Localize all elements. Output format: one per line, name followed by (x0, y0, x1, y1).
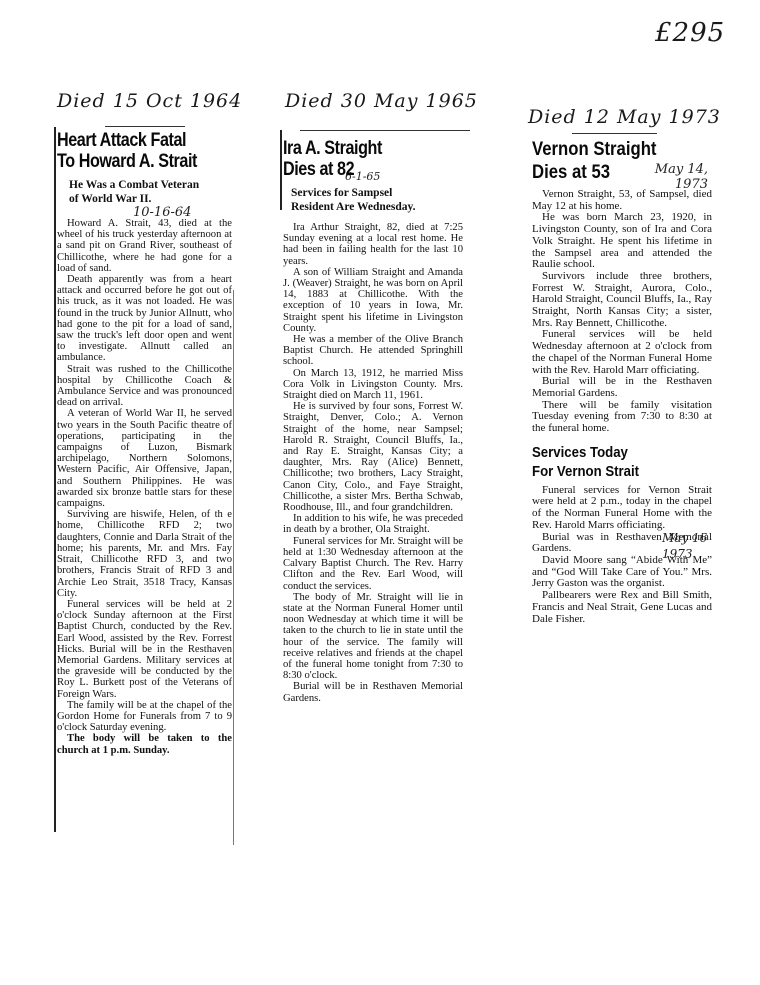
headline-line: To Howard A. Strait (57, 151, 253, 172)
paragraph: A son of William Straight and Amanda J. … (283, 267, 463, 334)
paragraph: Howard A. Strait, 43, died at the wheel … (57, 218, 232, 274)
headline-line: For Vernon Strait (532, 462, 726, 481)
paragraph: A veteran of World War II, he served two… (57, 408, 232, 509)
headline-line: Services Today (532, 443, 726, 462)
paragraph: Burial will be in the Resthaven Memorial… (532, 376, 712, 399)
paragraph: He is survived by four sons, Forrest W. … (283, 401, 463, 513)
paragraph: Strait was rushed to the Chillicothe hos… (57, 364, 232, 409)
date-note-handwritten: Died 15 Oct 1964 (57, 90, 242, 112)
obituary-clipping-ira-straight: Ira A. Straight Dies at 82 Services for … (283, 138, 463, 704)
paragraph: On March 13, 1912, he married Miss Cora … (283, 368, 463, 402)
headline: Ira A. Straight Dies at 82 (283, 138, 479, 180)
paragraph: The family will be at the chapel of the … (57, 700, 232, 734)
paragraph: Survivors include three brothers, Forres… (532, 271, 712, 330)
date-note-handwritten: Died 30 May 1965 (285, 90, 478, 112)
paragraph: Funeral services for Vernon Strait were … (532, 485, 712, 532)
clipping-top-rule (572, 133, 657, 134)
paragraph: Funeral services for Mr. Straight will b… (283, 536, 463, 592)
deck-line: He Was a Combat Veteran (69, 178, 232, 192)
headline-line: Dies at 82 (283, 159, 479, 180)
paragraph: Funeral services will be held at 2 o'clo… (57, 599, 232, 700)
deck-line: of World War II. (69, 192, 232, 206)
headline-line: Dies at 53 (532, 161, 726, 184)
paragraph: The body will be taken to the church at … (57, 733, 232, 755)
paragraph: He was a member of the Olive Branch Bapt… (283, 334, 463, 368)
paragraph: Surviving are hiswife, Helen, of th e ho… (57, 509, 232, 599)
paragraph: There will be family visitation Tuesday … (532, 400, 712, 435)
paragraph: Vernon Straight, 53, of Sampsel, died Ma… (532, 189, 712, 212)
followup-headline: Services Today For Vernon Strait (532, 443, 726, 481)
deck-line: Resident Are Wednesday. (291, 200, 463, 214)
paragraph: Burial will be in Resthaven Memorial Gar… (283, 681, 463, 703)
page-id-handwritten: £295 (655, 18, 725, 48)
deck: Services for Sampsel Resident Are Wednes… (291, 186, 463, 214)
paragraph: The body of Mr. Straight will lie in sta… (283, 592, 463, 682)
paragraph: He was born March 23, 1920, in Livingsto… (532, 212, 712, 271)
clipping-top-rule (105, 126, 185, 127)
clipping-border-right (233, 290, 234, 845)
headline-line: Heart Attack Fatal (57, 130, 253, 151)
followup-margin-note-handwritten: May 16 1973 (662, 530, 712, 562)
headline-line: Vernon Straight (532, 138, 726, 161)
paragraph: In addition to his wife, he was preceded… (283, 513, 463, 535)
deck-line: Services for Sampsel (291, 186, 463, 200)
obituary-clipping-howard-strait: Heart Attack Fatal To Howard A. Strait H… (57, 130, 232, 756)
deck: He Was a Combat Veteran of World War II. (69, 178, 232, 206)
clipping-border-left (280, 130, 282, 210)
clipping-top-rule (300, 130, 470, 131)
paragraph: Ira Arthur Straight, 82, died at 7:25 Su… (283, 222, 463, 267)
paragraph: Funeral services will be held Wednesday … (532, 329, 712, 376)
headline: Vernon Straight Dies at 53 (532, 138, 726, 184)
paragraph: Pallbearers were Rex and Bill Smith, Fra… (532, 590, 712, 625)
clipping-border-left (54, 127, 56, 832)
headline-line: Ira A. Straight (283, 138, 479, 159)
headline: Heart Attack Fatal To Howard A. Strait (57, 130, 253, 172)
paragraph: Death apparently was from a heart attack… (57, 274, 232, 364)
date-note-handwritten: Died 12 May 1973 (528, 106, 721, 128)
